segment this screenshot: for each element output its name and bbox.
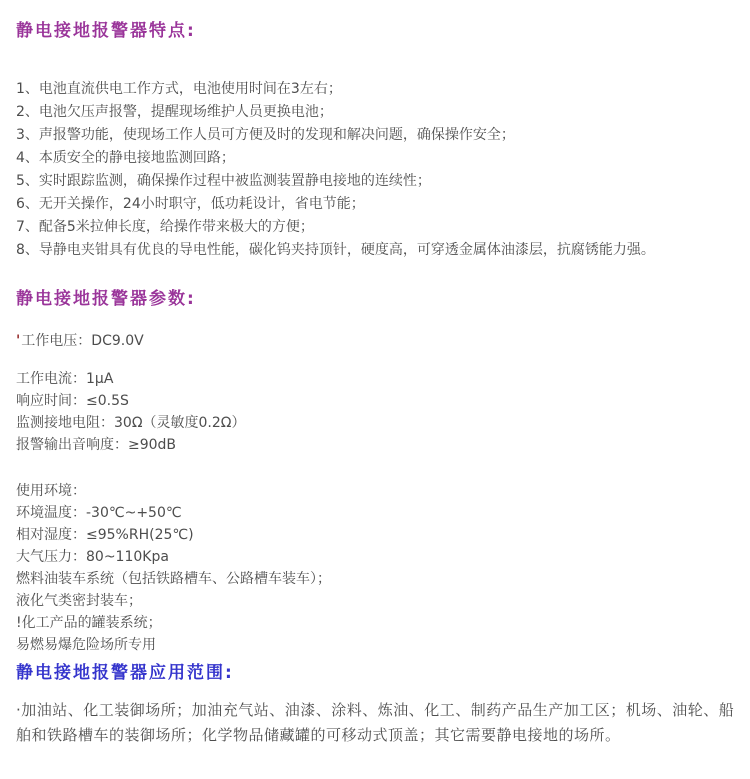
param-line: !化工产品的罐装系统； <box>16 612 736 634</box>
feature-item: 8、导静电夹钳具有优良的导电性能，碳化钨夹持顶针，硬度高，可穿透金属体油漆层，抗… <box>16 239 736 262</box>
param-line: 相对湿度：≤95%RH(25℃) <box>16 524 736 546</box>
feature-item: 2、电池欠压声报警，提醒现场维护人员更换电池； <box>16 101 736 124</box>
applications-heading: 静电接地报警器应用范围: <box>16 662 736 684</box>
feature-item: 5、实时跟踪监测，确保操作过程中被监测装置静电接地的连续性； <box>16 170 736 193</box>
product-description-page: 静电接地报警器特点: 1、电池直流供电工作方式，电池使用时间在3左右； 2、电池… <box>0 0 750 779</box>
param-voltage-text: 工作电压：DC9.0V <box>21 333 143 349</box>
param-line: 液化气类密封装车； <box>16 590 736 612</box>
param-line: 燃料油装车系统（包括铁路槽车、公路槽车装车）； <box>16 568 736 590</box>
param-voltage-line: '工作电压：DC9.0V <box>16 330 736 352</box>
feature-item: 7、配备5米拉伸长度，给操作带来极大的方便； <box>16 216 736 239</box>
electrical-params-group: 工作电流：1μA 响应时间：≤0.5S 监测接地电阻：30Ω（灵敏度0.2Ω） … <box>16 368 736 456</box>
param-line: 易燃易爆危险场所专用 <box>16 634 736 656</box>
feature-item: 1、电池直流供电工作方式，电池使用时间在3左右； <box>16 78 736 101</box>
red-tick-mark: ' <box>16 333 20 349</box>
param-line: 大气压力：80~110Kpa <box>16 546 736 568</box>
param-line: 使用环境： <box>16 480 736 502</box>
feature-item: 6、无开关操作，24小时职守，低功耗设计，省电节能； <box>16 193 736 216</box>
param-line: 监测接地电阻：30Ω（灵敏度0.2Ω） <box>16 412 736 434</box>
feature-item: 4、本质安全的静电接地监测回路； <box>16 147 736 170</box>
feature-item: 3、声报警功能，使现场工作人员可方便及时的发现和解决问题，确保操作安全； <box>16 124 736 147</box>
parameters-heading: 静电接地报警器参数: <box>16 288 736 310</box>
param-line: 工作电流：1μA <box>16 368 736 390</box>
features-list: 1、电池直流供电工作方式，电池使用时间在3左右； 2、电池欠压声报警，提醒现场维… <box>16 78 736 262</box>
param-line: 报警输出音响度：≥90dB <box>16 434 736 456</box>
applications-text: ·加油站、化工装御场所；加油充气站、油漆、涂料、炼油、化工、制药产品生产加工区；… <box>16 698 736 748</box>
features-heading: 静电接地报警器特点: <box>16 20 736 42</box>
environment-params-group: 使用环境： 环境温度：-30℃~+50℃ 相对湿度：≤95%RH(25℃) 大气… <box>16 480 736 656</box>
param-line: 环境温度：-30℃~+50℃ <box>16 502 736 524</box>
param-line: 响应时间：≤0.5S <box>16 390 736 412</box>
